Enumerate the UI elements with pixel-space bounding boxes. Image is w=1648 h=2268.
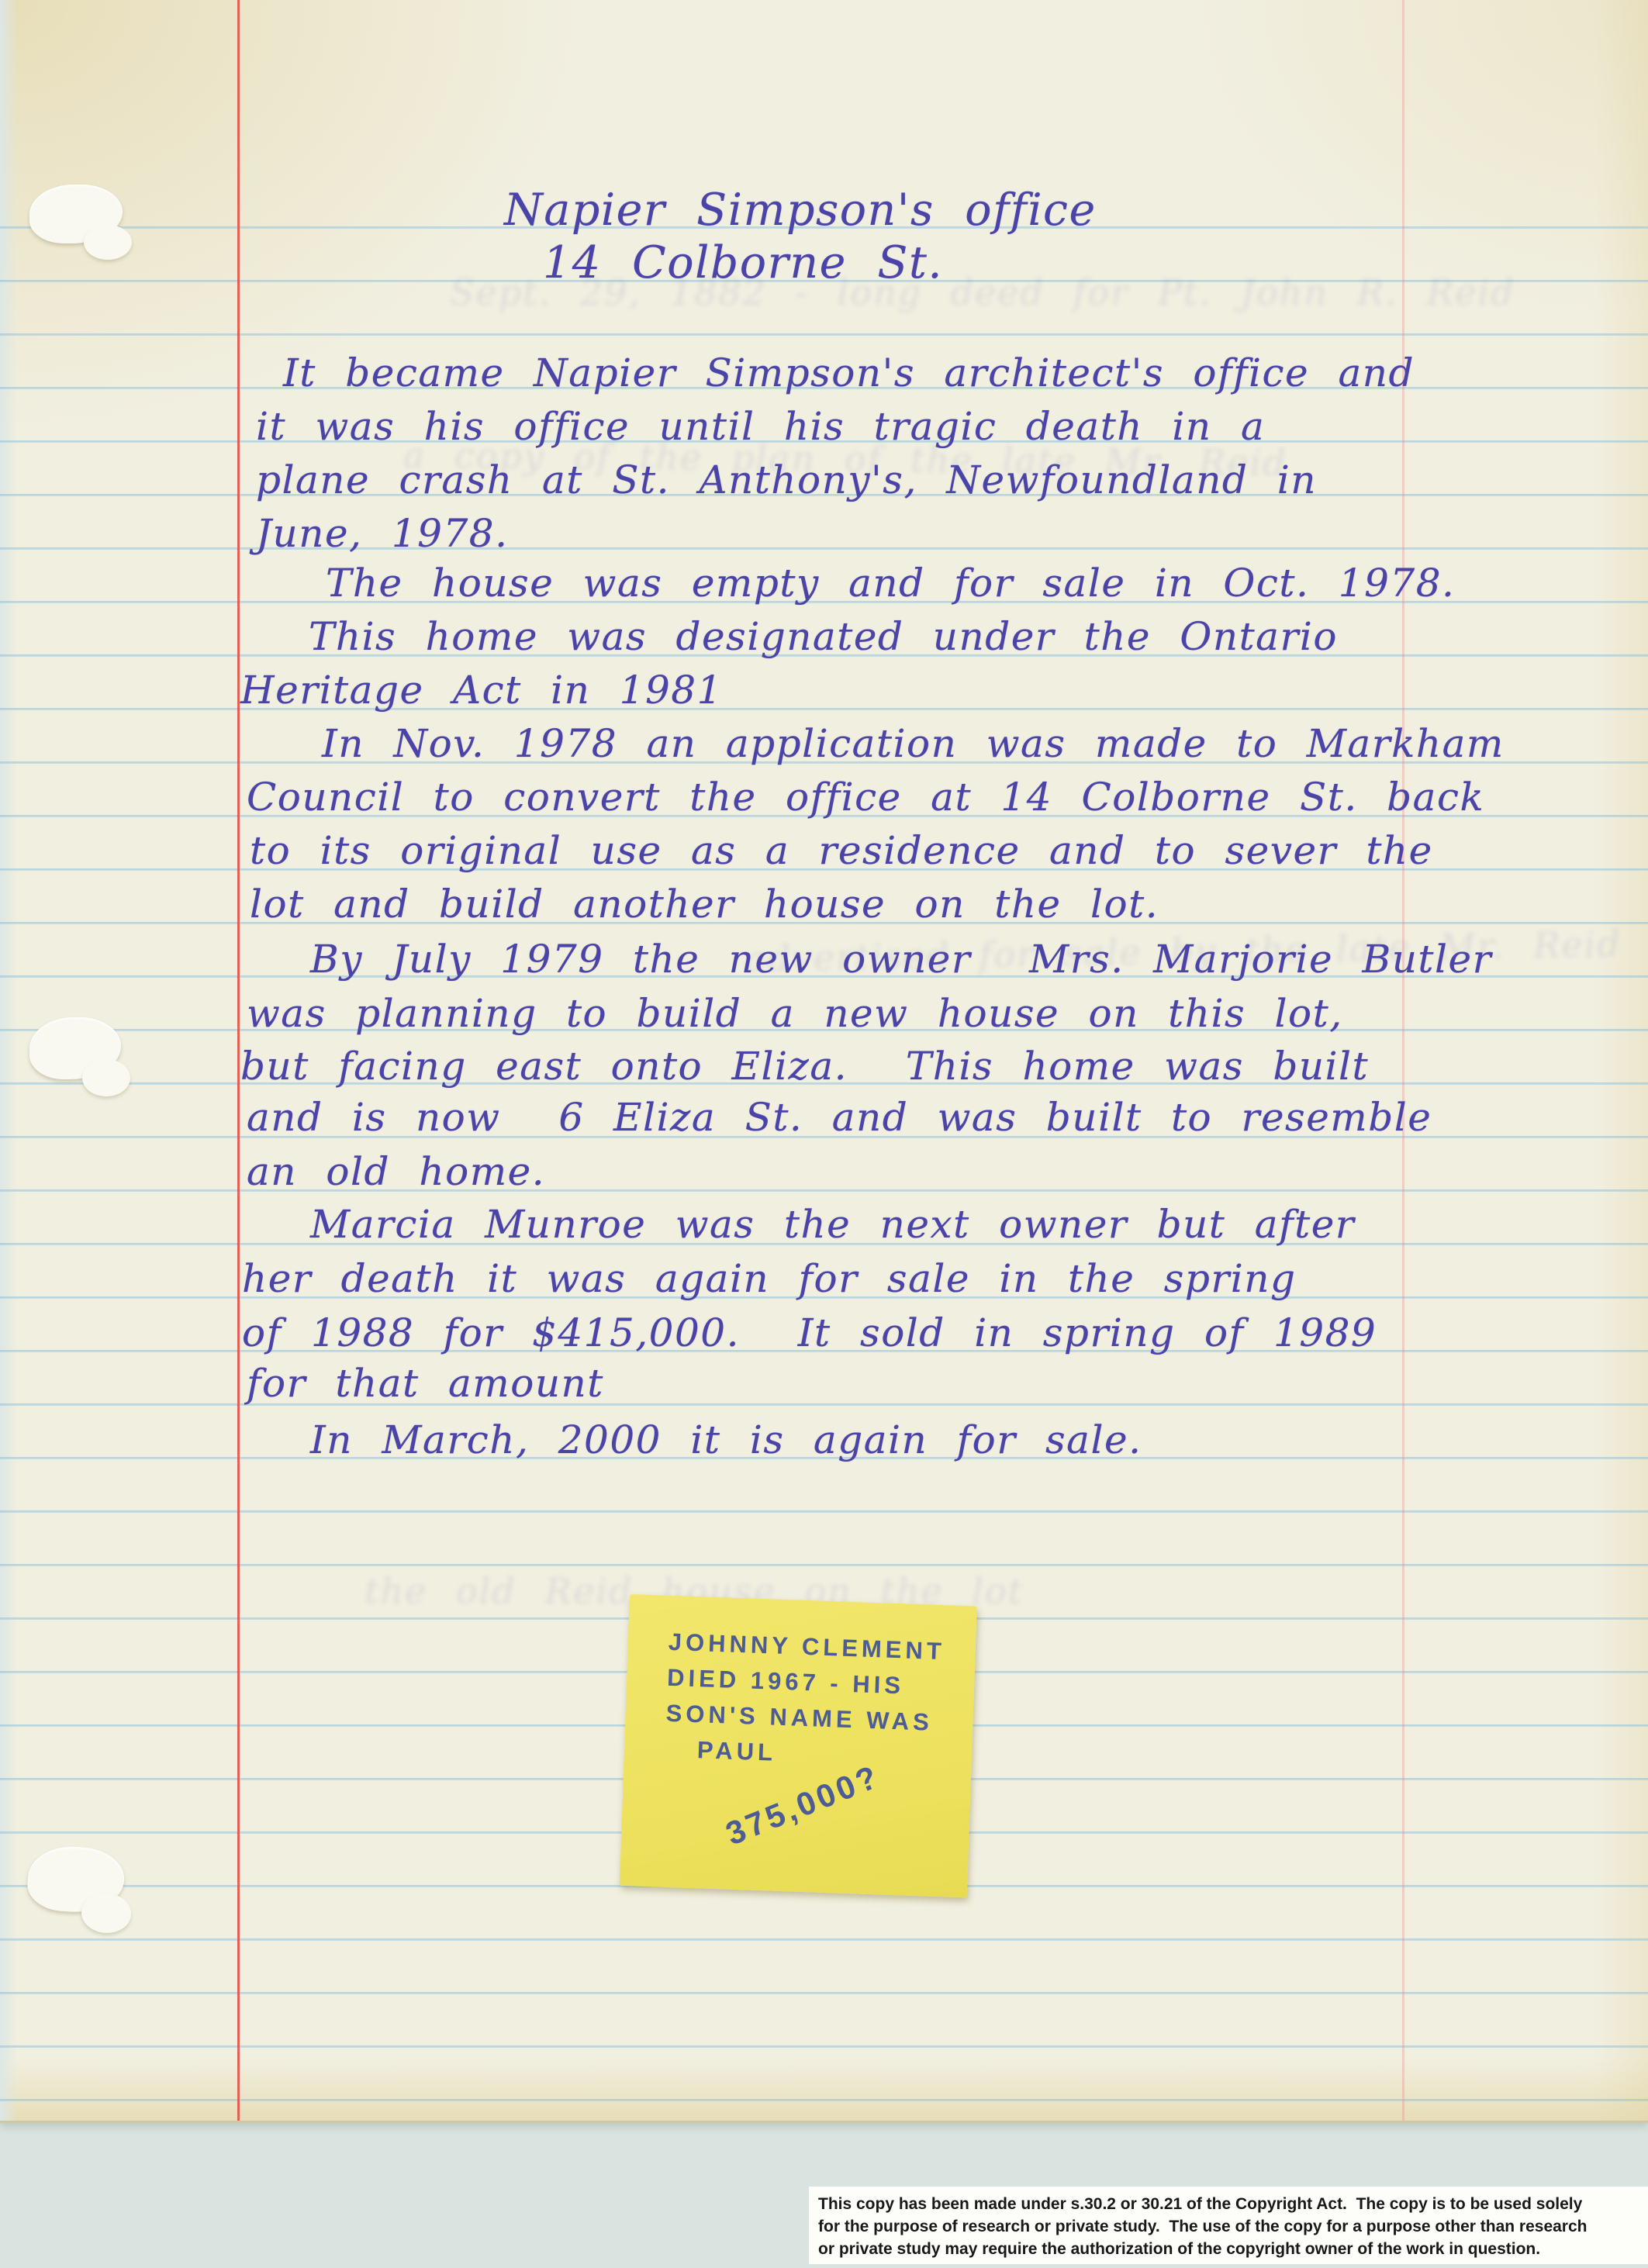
handwritten-line: was planning to build a new house on thi…: [247, 991, 1343, 1036]
handwritten-heading-line: Napier Simpson's office: [504, 185, 1097, 236]
notebook-paper: Sept. 29, 1882 - long deed for Pt. John …: [0, 0, 1648, 2121]
handwritten-line: In March, 2000 it is again for sale.: [310, 1417, 1142, 1462]
handwritten-line: to its original use as a residence and t…: [250, 828, 1433, 873]
handwritten-line: lot and build another house on the lot.: [250, 882, 1159, 927]
handwritten-line: for that amount: [247, 1361, 604, 1406]
handwritten-line: of 1988 for $415,000. It sold in spring …: [242, 1310, 1377, 1355]
handwritten-line: her death it was again for sale in the s…: [242, 1256, 1297, 1301]
red-margin-line: [237, 0, 240, 2121]
copyright-stamp: This copy has been made under s.30.2 or …: [809, 2187, 1648, 2264]
handwritten-line: June, 1978.: [256, 511, 508, 556]
paper-aging-tint: [1183, 0, 1648, 326]
sticky-note-line: DIED 1967 - HIS: [667, 1664, 905, 1700]
handwritten-line: By July 1979 the new owner Mrs. Marjorie…: [310, 937, 1492, 982]
handwritten-line: it was his office until his tragic death…: [256, 404, 1265, 449]
handwritten-line: and is now 6 Eliza St. and was built to …: [247, 1095, 1432, 1140]
sticky-note-line: PAUL: [696, 1736, 776, 1767]
handwritten-line: plane crash at St. Anthony's, Newfoundla…: [256, 457, 1317, 502]
sticky-note-line: JOHNNY CLEMENT: [668, 1628, 945, 1666]
punch-hole-patch: [29, 1017, 121, 1079]
handwritten-line: This home was designated under the Ontar…: [309, 614, 1338, 659]
scanned-document: Sept. 29, 1882 - long deed for Pt. John …: [0, 0, 1648, 2268]
handwritten-line: In Nov. 1978 an application was made to …: [322, 721, 1505, 766]
handwritten-line: The house was empty and for sale in Oct.…: [326, 561, 1455, 606]
handwritten-line: but facing east onto Eliza. This home wa…: [240, 1044, 1369, 1089]
punch-hole-patch: [26, 1844, 126, 1915]
copyright-line: or private study may require the authori…: [818, 2238, 1648, 2260]
handwritten-line: Marcia Munroe was the next owner but aft…: [310, 1202, 1355, 1247]
sticky-note-line: SON'S NAME WAS: [665, 1700, 933, 1737]
paper-left-edge: [0, 0, 17, 2121]
copyright-line: for the purpose of research or private s…: [818, 2215, 1648, 2238]
paper-aging-tint: [0, 2059, 1648, 2121]
punch-hole-patch: [29, 185, 123, 243]
handwritten-line: Council to convert the office at 14 Colb…: [247, 775, 1484, 820]
handwritten-line: an old home.: [247, 1149, 545, 1194]
copyright-line: This copy has been made under s.30.2 or …: [818, 2193, 1648, 2215]
sticky-note-price: 375,000?: [720, 1757, 885, 1852]
paper-aging-tint: [1594, 0, 1648, 2121]
handwritten-heading-line: 14 Colborne St.: [543, 237, 943, 288]
bleedthrough-margin-line: [1402, 0, 1404, 2121]
sticky-note: JOHNNY CLEMENT DIED 1967 - HIS SON'S NAM…: [620, 1594, 977, 1897]
handwritten-line: Heritage Act in 1981: [240, 668, 723, 713]
handwritten-line: It became Napier Simpson's architect's o…: [283, 350, 1415, 395]
